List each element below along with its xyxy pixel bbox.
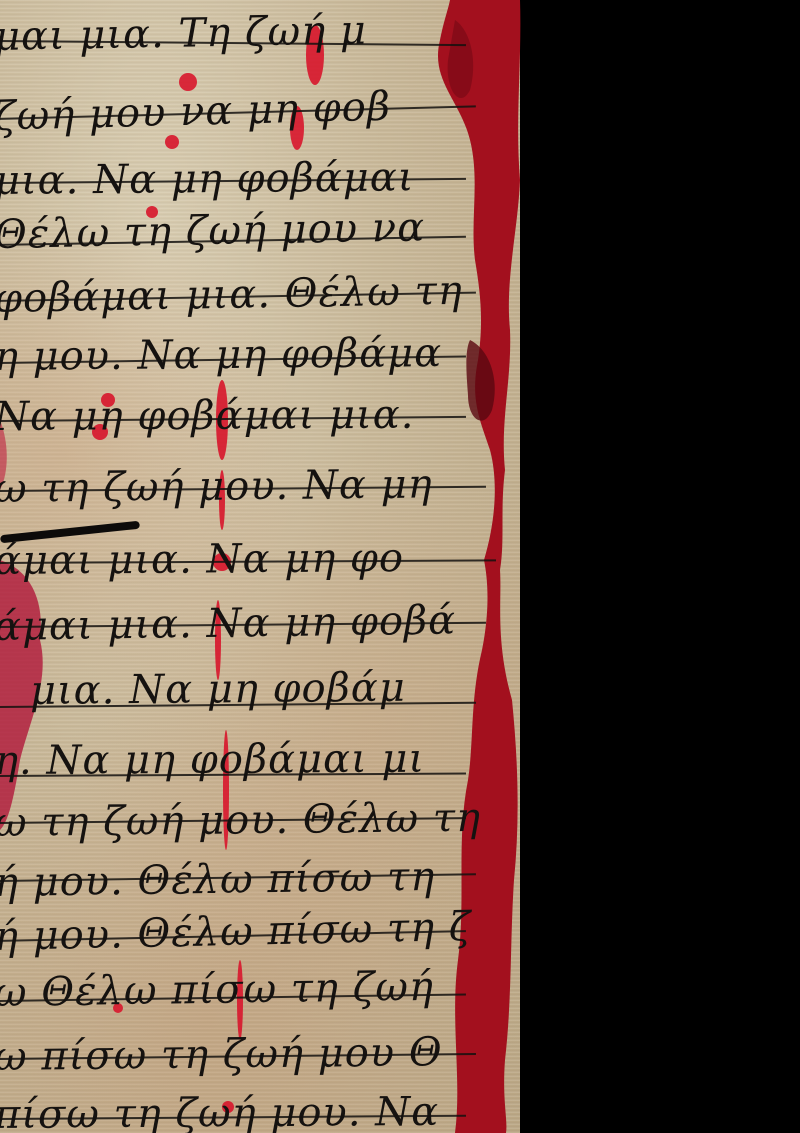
handwritten-line: πίσω τη ζωή μου. Να (0, 1089, 439, 1133)
handwritten-line: η. Να μη φοβάμαι μι (0, 736, 425, 784)
handwritten-line: η μου. Να μη φοβάμα (0, 330, 442, 380)
handwritten-line: μαι μια. Τη ζωή μ (0, 7, 367, 60)
handwritten-line: ω Θέλω πίσω τη ζωή (0, 964, 434, 1016)
handwritten-line: Θέλω τη ζωή μου να (0, 204, 426, 258)
